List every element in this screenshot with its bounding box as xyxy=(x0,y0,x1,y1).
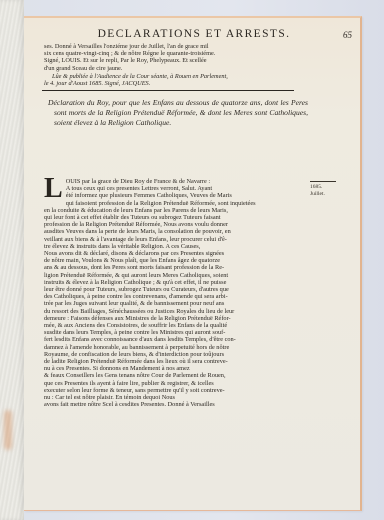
drop-cap: L xyxy=(44,178,63,200)
text-line: A tous ceux qui ces presentes Lettres ve… xyxy=(44,185,306,192)
text-line: damnez à l'amende honorable, au bannisse… xyxy=(44,344,306,351)
text-line: Royaume, de confiscation de leurs biens,… xyxy=(44,351,306,358)
running-head: DECLARATIONS ET ARRESTS. xyxy=(44,28,344,40)
text-line: mée, & aux Anciens des Consistoires, de … xyxy=(44,322,306,329)
text-line: ans & au dessous, dont les Peres sont mo… xyxy=(44,264,306,271)
declaration-title: Déclaration du Roy, pour que les Enfans … xyxy=(48,98,308,128)
text-line: nu à ces Presentes. Si donnons en Mandem… xyxy=(44,365,306,372)
text-line: été informez que plusieurs Femmes Cathol… xyxy=(44,192,306,199)
text-line: fert lesdits Enfans avec connoissance d'… xyxy=(44,336,306,343)
text-line: Nous avons dit & déclaré, disons & décla… xyxy=(44,250,306,257)
page-stack-edge xyxy=(0,0,24,520)
text-line: trée par les Juges suivant leur qualité,… xyxy=(44,300,306,307)
text-line: susdite dans leurs Temples, à peine cont… xyxy=(44,329,306,336)
text-line: six cens quatre-vingt-cinq ; & de nôtre … xyxy=(44,50,306,57)
text-line: de nôtre main, Voulons & Nous plaît, que… xyxy=(44,257,306,264)
text-line: veillant aux biens & à l'avantage de leu… xyxy=(44,236,306,243)
text-line: qui leur font à cet effet établir des Tu… xyxy=(44,214,306,221)
text-line: OUIS par la grace de Dieu Roy de France … xyxy=(44,178,306,185)
text-line: Lûe & publiée à l'Audience de la Cour sé… xyxy=(44,73,306,80)
text-line: demeure : Faisons défenses aux Ministres… xyxy=(44,315,306,322)
text-line: que ces Presentes ils ayent à faire lire… xyxy=(44,380,306,387)
document-page: DECLARATIONS ET ARRESTS. 65 ses. Donné à… xyxy=(24,16,362,511)
text-line: instruits & élevez à la Religion Catholi… xyxy=(44,279,306,286)
text-line: en la conduite & éducation de leurs Enfa… xyxy=(44,207,306,214)
section-divider xyxy=(42,90,294,91)
text-line: & feaux Conseillers les Gens tenans nôtr… xyxy=(44,372,306,379)
text-line: executer selon leur forme & teneur, sans… xyxy=(44,387,306,394)
publication-note: Lûe & publiée à l'Audience de la Cour sé… xyxy=(44,73,306,87)
text-line: nu : Car tel est nôtre plaisir. En témoi… xyxy=(44,394,306,401)
text-line: des Catholiques, à peine contre les cont… xyxy=(44,293,306,300)
text-line: de ladite Religion Prétenduë Réformée da… xyxy=(44,358,306,365)
text-line: avons fait mettre nôtre Scel à cesdites … xyxy=(44,401,306,408)
margin-date-note: 1685. Juillet. xyxy=(310,181,350,197)
text-line: Signé, LOUIS. Et sur le repli, Par le Ro… xyxy=(44,57,306,64)
text-line: ses. Donné à Versailles l'onziéme jour d… xyxy=(44,43,306,50)
margin-month: Juillet. xyxy=(310,191,350,198)
page-stain xyxy=(4,410,12,450)
text-line: du ressort des Bailliages, Sénéchaussées… xyxy=(44,308,306,315)
text-line: qui faisoient profession de la Religion … xyxy=(44,200,306,207)
preceding-text: ses. Donné à Versailles l'onziéme jour d… xyxy=(44,43,306,72)
text-line: ligion Prétenduë Réformée, & qui auront … xyxy=(44,272,306,279)
text-line: d'un grand Sceau de cire jaune. xyxy=(44,65,306,72)
text-line: le 4. jour d'Aoust 1685. Signé, JACQUES. xyxy=(44,80,306,87)
margin-rule xyxy=(310,181,336,182)
text-line: ausdites Veuves dans la perte de leurs M… xyxy=(44,228,306,235)
page-number: 65 xyxy=(343,30,352,40)
text-line: leur être donné pour Tuteurs, subrogez T… xyxy=(44,286,306,293)
declaration-body: L OUIS par la grace de Dieu Roy de Franc… xyxy=(44,178,306,409)
text-line: tre élevez & instruits dans la véritable… xyxy=(44,243,306,250)
text-line: profession de la Religion Prétenduë Réfo… xyxy=(44,221,306,228)
